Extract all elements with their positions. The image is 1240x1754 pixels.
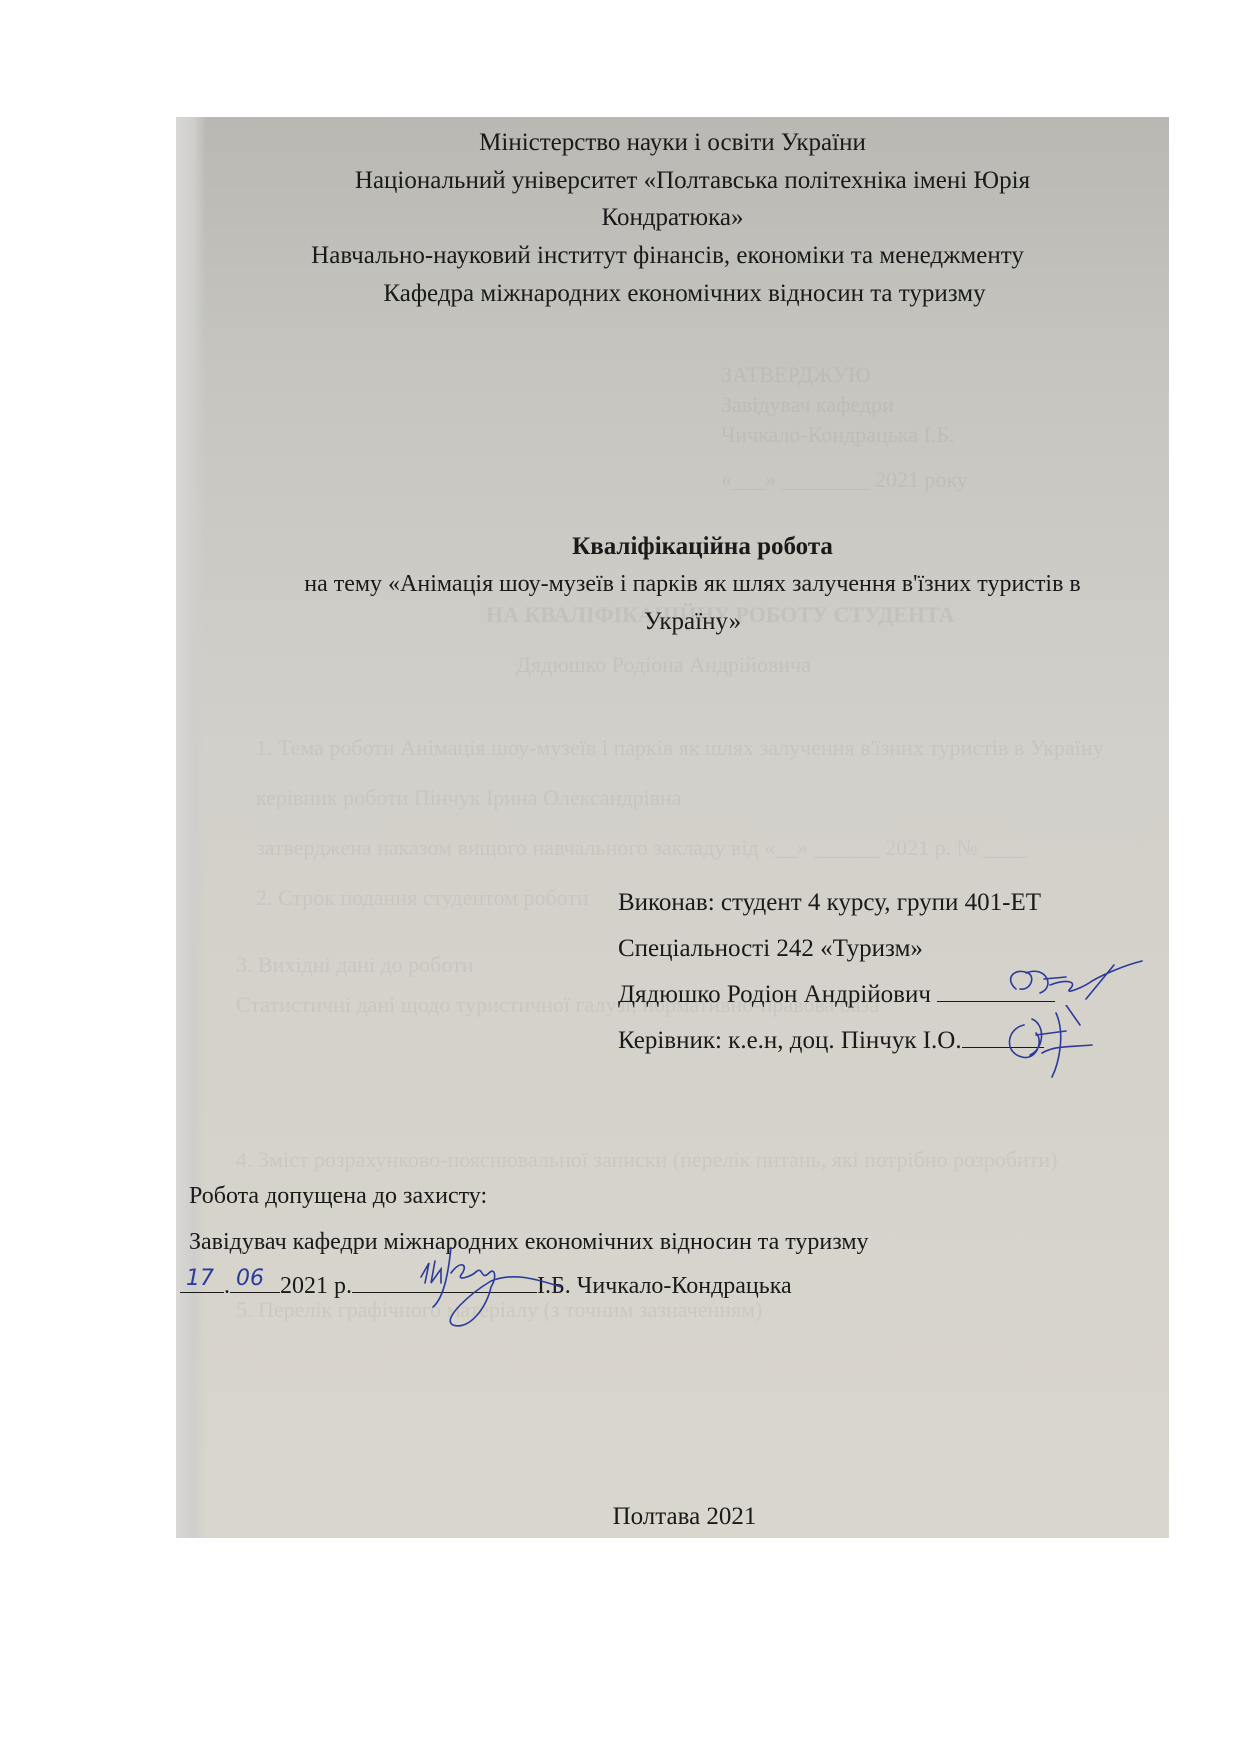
student-signature-line <box>937 983 1055 1002</box>
head-of-department-title: Завідувач кафедри міжнародних економічни… <box>189 1227 869 1257</box>
bleed-through-text: 3. Вихідні дані до роботи <box>236 952 473 978</box>
bleed-through-text: Чичкало-Кондрацька І.Б. <box>721 422 954 448</box>
bleed-through-text: ЗАТВЕРДЖУЮ <box>721 362 871 388</box>
work-topic-line2: Україну» <box>196 607 1169 637</box>
student-name-line: Дядюшко Родіон Андрійович <box>618 980 1055 1010</box>
bleed-through-text: «___» ________ 2021 року <box>721 467 968 493</box>
bleed-through-text: Завідувач кафедри <box>721 392 894 418</box>
date-year: 2021 р. <box>280 1273 352 1299</box>
bleed-through-text: Дядюшко Родіона Андрійовича <box>516 652 811 678</box>
bleed-through-text: затверджена наказом вищого навчального з… <box>256 835 1027 861</box>
university-heading-line2: Кондратюка» <box>176 203 1169 233</box>
bleed-through-text: 1. Тема роботи Анімація шоу-музеїв і пар… <box>256 735 1104 761</box>
supervisor-line: Керівник: к.е.н, доц. Пінчук І.О. <box>618 1026 1044 1056</box>
bleed-through-text: 2. Строк подання студентом роботи <box>256 885 589 911</box>
university-heading-line1: Національний університет «Полтавська пол… <box>196 166 1169 196</box>
supervisor-signature-line <box>962 1029 1044 1048</box>
city-year-footer: Полтава 2021 <box>188 1502 1169 1532</box>
date-day-field: 17 <box>180 1274 224 1293</box>
approval-date-line: 17.062021 р.І.Б. Чичкало-Кондрацька <box>180 1271 792 1301</box>
admitted-to-defense: Робота допущена до захисту: <box>189 1181 487 1211</box>
work-topic-line1: на тему «Анімація шоу-музеїв і парків як… <box>196 569 1169 599</box>
work-title: Кваліфікаційна робота <box>206 532 1169 562</box>
ministry-heading: Міністерство науки і освіти України <box>176 128 1169 158</box>
bleed-through-text: 4. Зміст розрахунково-пояснювальної запи… <box>236 1147 1057 1173</box>
specialty-line: Спеціальності 242 «Туризм» <box>618 934 923 964</box>
institute-heading: Навчально-науковий інститут фінансів, ек… <box>176 241 1164 271</box>
performed-by-line: Виконав: студент 4 курсу, групи 401-ЕТ <box>618 888 1041 918</box>
bleed-through-text: керівник роботи Пінчук Ірина Олександрів… <box>256 785 682 811</box>
department-heading: Кафедра міжнародних економічних відносин… <box>188 279 1169 309</box>
date-month-field: 06 <box>230 1274 280 1293</box>
student-name: Дядюшко Родіон Андрійович <box>618 981 931 1008</box>
head-name: І.Б. Чичкало-Кондрацька <box>537 1273 792 1299</box>
head-signature-line <box>352 1274 537 1293</box>
supervisor-name: Керівник: к.е.н, доц. Пінчук І.О. <box>618 1027 962 1054</box>
scanned-page: ЗАТВЕРДЖУЮ Завідувач кафедри Чичкало-Кон… <box>176 117 1169 1538</box>
